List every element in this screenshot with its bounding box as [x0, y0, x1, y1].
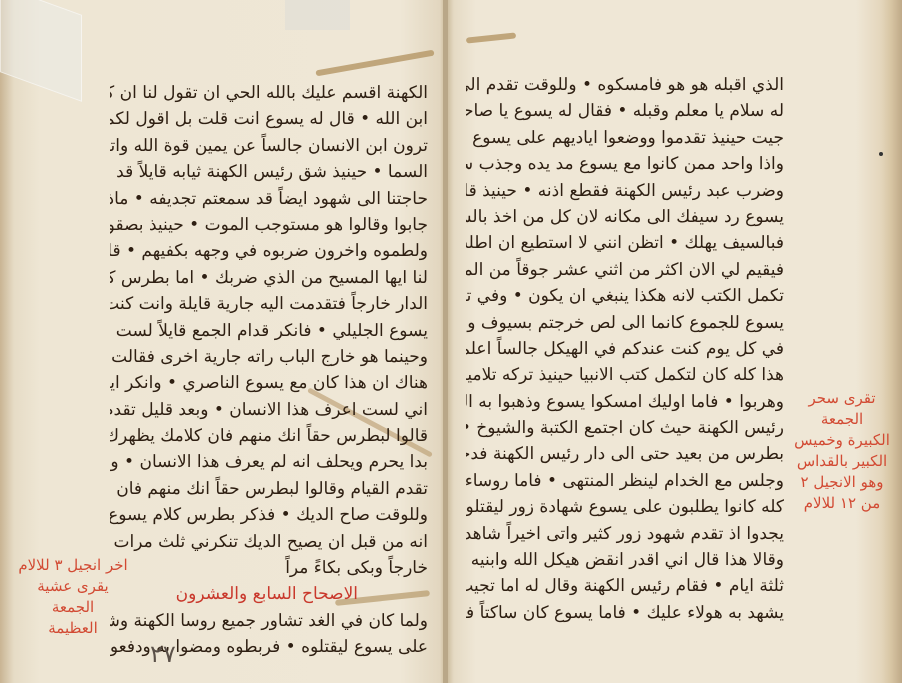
manuscript-line: يسوع للجموع كانما الى لص خرجتم بسيوف وعص…	[466, 310, 784, 336]
line-text: وقالا هذا قال اني اقدر انقض هيكل الله وا…	[466, 550, 784, 570]
line-text: جابوا وقالوا هو مستوجب الموت • حينيذ بصق…	[110, 215, 428, 235]
manuscript-line: له سلام يا معلم وقبله • فقال له يسوع يا …	[466, 98, 784, 124]
line-text: يسوع للجموع كانما الى لص خرجتم بسيوف وعص…	[466, 313, 784, 333]
manuscript-line: يسوع الجليلي • فانكر قدام الجمع قايلاً ل…	[110, 318, 428, 344]
line-text: ولما كان في الغد تشاور جميع روسا الكهنة …	[110, 611, 428, 631]
line-text: واذا واحد ممن كانوا مع يسوع مد يده وجذب …	[466, 154, 784, 174]
line-text: يشهد به هولاء عليك • فاما يسوع كان ساكتا…	[466, 603, 784, 623]
manuscript-line: فيقيم لي الان اكثر من اثني عشر جوقاً من …	[466, 257, 784, 283]
line-text: فبالسيف يهلك • اتظن انني لا استطيع ان اط…	[466, 233, 784, 253]
margin-note-line: وهو الانجيل ٢	[792, 472, 892, 493]
line-text: في كل يوم كنت عندكم في الهيكل جالساً اعل…	[466, 339, 784, 359]
manuscript-line: خارجاً وبكى بكاءً مراً	[110, 555, 428, 581]
line-text: ترون ابن الانسان جالساً عن يمين قوة الله…	[110, 136, 428, 156]
manuscript-line: الاصحاح السابع والعشرون	[110, 581, 428, 607]
right-manuscript-page: الذي اقبله هو هو فامسكوه • وللوقت تقدم ا…	[446, 0, 902, 683]
manuscript-line: ثلثة ايام • فقام رئيس الكهنة وقال له اما…	[466, 573, 784, 599]
manuscript-line: فبالسيف يهلك • اتظن انني لا استطيع ان اط…	[466, 230, 784, 256]
manuscript-line: ابن الله • قال له يسوع انت قلت بل اقول ل…	[110, 106, 428, 132]
margin-note-line: من ١٢ للالام	[792, 493, 892, 514]
right-text-column: الذي اقبله هو هو فامسكوه • وللوقت تقدم ا…	[466, 72, 784, 626]
manuscript-line: جيت حينيذ تقدموا ووضعوا اياديهم على يسوع…	[466, 125, 784, 151]
manuscript-line: اني لست اعرف هذا الانسان • وبعد قليل تقد…	[110, 397, 428, 423]
manuscript-line: وجلس مع الخدام لينظر المنتهى • فاما روسا…	[466, 468, 784, 494]
manuscript-line: يسوع رد سيفك الى مكانه لان كل من اخذ بال…	[466, 204, 784, 230]
manuscript-line: ترون ابن الانسان جالساً عن يمين قوة الله…	[110, 133, 428, 159]
line-text: رئيس الكهنة حيث كان اجتمع الكتبة والشيوخ…	[466, 418, 784, 438]
left-text-column: الكهنة اقسم عليك بالله الحي ان تقول لنا …	[110, 80, 428, 661]
line-text: جيت حينيذ تقدموا ووضعوا اياديهم على يسوع…	[466, 128, 784, 148]
line-text: يجدوا اذ تقدم شهود زور كثير واتى اخيراً …	[466, 524, 784, 544]
line-text: بطرس من بعيد حتى الى دار رئيس الكهنة فدخ…	[466, 444, 784, 464]
line-text: هذا كله كان لتكمل كتب الانبيا حينيذ تركه…	[466, 365, 784, 385]
line-text: ولطموه واخرون ضربوه في وجهه بكفيهم • قاي…	[110, 241, 428, 261]
manuscript-line: وقالا هذا قال اني اقدر انقض هيكل الله وا…	[466, 547, 784, 573]
line-text: لنا ايها المسيح من الذي ضربك • اما بطرس …	[110, 268, 428, 288]
manuscript-line: قالوا لبطرس حقاً انك منهم فان كلامك يظهر…	[110, 423, 428, 449]
manuscript-line: وضرب عبد رئيس الكهنة فقطع اذنه • حينيذ ق…	[466, 178, 784, 204]
line-text: وللوقت صاح الديك • فذكر بطرس كلام يسوع ا…	[110, 505, 428, 525]
manuscript-line: واذا واحد ممن كانوا مع يسوع مد يده وجذب …	[466, 151, 784, 177]
line-text: يسوع رد سيفك الى مكانه لان كل من اخذ بال…	[466, 207, 784, 227]
manuscript-line: كله كانوا يطلبون على يسوع شهادة زور ليقت…	[466, 494, 784, 520]
line-text: تكمل الكتب لانه هكذا ينبغي ان يكون • وفي…	[466, 286, 784, 306]
line-text: خارجاً وبكى بكاءً مراً	[285, 558, 428, 578]
manuscript-line: وللوقت صاح الديك • فذكر بطرس كلام يسوع ا…	[110, 502, 428, 528]
manuscript-line: تقدم القيام وقالوا لبطرس حقاً انك منهم ف…	[110, 476, 428, 502]
margin-note-line: اخر انجيل ٣ للالام	[18, 555, 128, 576]
manuscript-line: السما • حينيذ شق رئيس الكهنة ثيابه قايلا…	[110, 159, 428, 185]
manuscript-line: حاجتنا الى شهود ايضاً قد سمعتم تجديفه • …	[110, 186, 428, 212]
ink-spot	[879, 152, 883, 156]
left-margin-note: اخر انجيل ٣ للالاميقرى عشية الجمعةالعظيم…	[18, 555, 128, 639]
manuscript-line: الذي اقبله هو هو فامسكوه • وللوقت تقدم ا…	[466, 72, 784, 98]
line-text: بدا يحرم ويحلف انه لم يعرف هذا الانسان •…	[110, 452, 428, 472]
margin-note-line: يقرى عشية الجمعة	[18, 576, 128, 618]
left-manuscript-page: الكهنة اقسم عليك بالله الحي ان تقول لنا …	[0, 0, 446, 683]
manuscript-line: ولطموه واخرون ضربوه في وجهه بكفيهم • قاي…	[110, 238, 428, 264]
line-text: هناك ان هذا كان مع يسوع الناصري • وانكر …	[110, 373, 428, 393]
manuscript-line: تكمل الكتب لانه هكذا ينبغي ان يكون • وفي…	[466, 283, 784, 309]
line-text: اني لست اعرف هذا الانسان • وبعد قليل تقد…	[110, 400, 428, 420]
wormhole-damage	[315, 50, 434, 77]
line-text: الاصحاح السابع والعشرون	[176, 584, 428, 604]
manuscript-line: ولما كان في الغد تشاور جميع روسا الكهنة …	[110, 608, 428, 634]
preservation-tape	[0, 0, 82, 102]
margin-note-line: تقرى سحر الجمعة	[792, 388, 892, 430]
line-text: الكهنة اقسم عليك بالله الحي ان تقول لنا …	[110, 83, 428, 103]
line-text: حاجتنا الى شهود ايضاً قد سمعتم تجديفه • …	[110, 189, 428, 209]
line-text: كله كانوا يطلبون على يسوع شهادة زور ليقت…	[466, 497, 784, 517]
line-text: يسوع الجليلي • فانكر قدام الجمع قايلاً ل…	[110, 321, 428, 341]
manuscript-line: الدار خارجاً فتقدمت اليه جارية قايلة وان…	[110, 291, 428, 317]
line-text: فيقيم لي الان اكثر من اثني عشر جوقاً من …	[466, 260, 784, 280]
margin-note-line: العظيمة	[18, 618, 128, 639]
manuscript-line: انه من قبل ان يصيح الديك تنكرني ثلث مرات…	[110, 529, 428, 555]
manuscript-line: بطرس من بعيد حتى الى دار رئيس الكهنة فدخ…	[466, 441, 784, 467]
line-text: ابن الله • قال له يسوع انت قلت بل اقول ل…	[110, 109, 428, 129]
manuscript-line: وحينما هو خارج الباب راته جارية اخرى فقا…	[110, 344, 428, 370]
manuscript-line: هناك ان هذا كان مع يسوع الناصري • وانكر …	[110, 370, 428, 396]
margin-note-line: الكبيرة وخميس	[792, 430, 892, 451]
line-text: الذي اقبله هو هو فامسكوه • وللوقت تقدم ا…	[466, 75, 784, 95]
line-text: الدار خارجاً فتقدمت اليه جارية قايلة وان…	[110, 294, 428, 314]
folio-number: ٢٧	[150, 640, 176, 668]
wormhole-damage	[466, 32, 516, 43]
right-margin-note: تقرى سحر الجمعةالكبيرة وخميسالكبير بالقد…	[792, 388, 892, 514]
manuscript-line: هذا كله كان لتكمل كتب الانبيا حينيذ تركه…	[466, 362, 784, 388]
line-text: السما • حينيذ شق رئيس الكهنة ثيابه قايلا…	[110, 162, 428, 182]
manuscript-line: يشهد به هولاء عليك • فاما يسوع كان ساكتا…	[466, 600, 784, 626]
preservation-tape	[285, 0, 350, 30]
line-text: وجلس مع الخدام لينظر المنتهى • فاما روسا…	[466, 471, 784, 491]
manuscript-line: يجدوا اذ تقدم شهود زور كثير واتى اخيراً …	[466, 521, 784, 547]
line-text: ثلثة ايام • فقام رئيس الكهنة وقال له اما…	[466, 576, 784, 596]
manuscript-line: جابوا وقالوا هو مستوجب الموت • حينيذ بصق…	[110, 212, 428, 238]
line-text: وضرب عبد رئيس الكهنة فقطع اذنه • حينيذ ق…	[466, 181, 784, 201]
line-text: وهربوا • فاما اوليك امسكوا يسوع وذهبوا ب…	[466, 392, 784, 412]
line-text: له سلام يا معلم وقبله • فقال له يسوع يا …	[466, 101, 784, 121]
line-text: تقدم القيام وقالوا لبطرس حقاً انك منهم ف…	[110, 479, 428, 499]
line-text: انه من قبل ان يصيح الديك تنكرني ثلث مرات…	[110, 532, 428, 552]
manuscript-line: الكهنة اقسم عليك بالله الحي ان تقول لنا …	[110, 80, 428, 106]
manuscript-line: في كل يوم كنت عندكم في الهيكل جالساً اعل…	[466, 336, 784, 362]
book-spine	[443, 0, 448, 683]
manuscript-line: رئيس الكهنة حيث كان اجتمع الكتبة والشيوخ…	[466, 415, 784, 441]
margin-note-line: الكبير بالقداس	[792, 451, 892, 472]
line-text: وحينما هو خارج الباب راته جارية اخرى فقا…	[110, 347, 428, 367]
manuscript-line: لنا ايها المسيح من الذي ضربك • اما بطرس …	[110, 265, 428, 291]
manuscript-line: بدا يحرم ويحلف انه لم يعرف هذا الانسان •…	[110, 449, 428, 475]
line-text: قالوا لبطرس حقاً انك منهم فان كلامك يظهر…	[110, 426, 428, 446]
manuscript-line: وهربوا • فاما اوليك امسكوا يسوع وذهبوا ب…	[466, 389, 784, 415]
